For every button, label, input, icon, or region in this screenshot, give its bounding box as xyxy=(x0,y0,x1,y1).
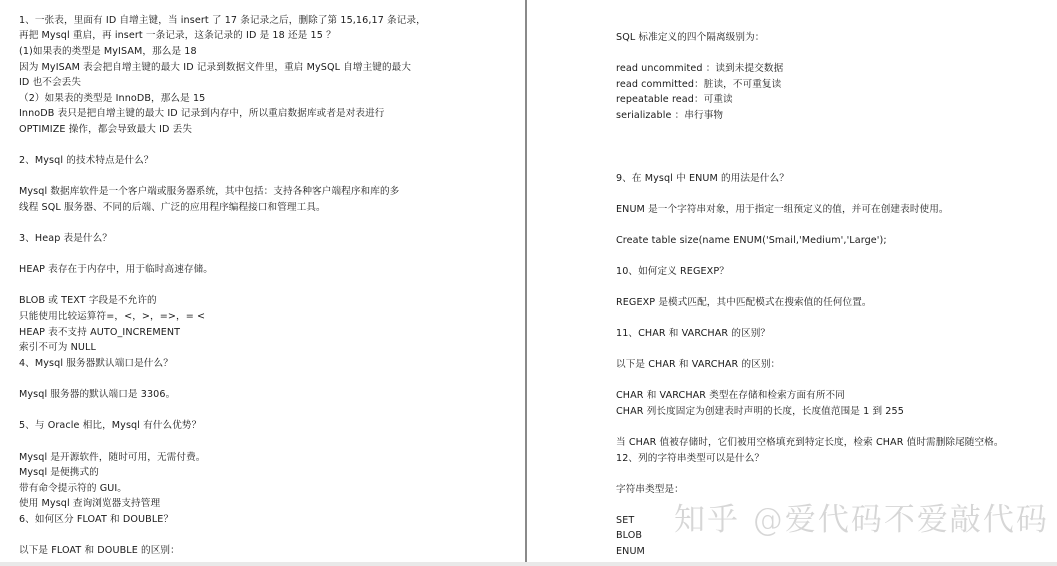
text-line: ENUM xyxy=(616,546,645,558)
text-line: Create table size(name ENUM('Smail,'Medi… xyxy=(616,235,887,247)
text-line: 2、Mysql 的技术特点是什么？ xyxy=(19,155,154,167)
page-divider xyxy=(525,0,527,562)
document-page-right: SQL 标准定义的四个隔离级别为：read uncommited ：读到未提交数… xyxy=(528,0,1057,562)
text-line: 使用 Mysql 查询浏览器支持管理 xyxy=(19,498,160,510)
text-line: 只能使用比较运算符=，<，>，=>，= < xyxy=(19,311,205,323)
document-page-left: 1、一张表，里面有 ID 自增主键，当 insert 了 17 条记录之后，删除… xyxy=(0,0,525,562)
text-line: HEAP 表存在于内存中，用于临时高速存储。 xyxy=(19,264,213,276)
text-line: 3、Heap 表是什么？ xyxy=(19,233,112,245)
text-line: （2）如果表的类型是 InnoDB，那么是 15 xyxy=(19,93,205,105)
text-line: read committed：脏读，不可重复读 xyxy=(616,79,781,91)
text-line: BLOB xyxy=(616,530,642,542)
text-line: Mysql 服务器的默认端口是 3306。 xyxy=(19,389,175,401)
text-line: repeatable read：可重读 xyxy=(616,94,733,106)
text-line: 1、一张表，里面有 ID 自增主键，当 insert 了 17 条记录之后，删除… xyxy=(19,15,426,27)
text-line: CHAR 列长度固定为创建表时声明的长度，长度值范围是 1 到 255 xyxy=(616,406,904,418)
text-line: 11、CHAR 和 VARCHAR 的区别？ xyxy=(616,328,770,340)
text-line: REGEXP 是模式匹配，其中匹配模式在搜索值的任何位置。 xyxy=(616,297,872,309)
text-line: 再把 Mysql 重启，再 insert 一条记录，这条记录的 ID 是 18 … xyxy=(19,30,336,42)
text-line: 带有命令提示符的 GUI。 xyxy=(19,483,127,495)
text-line: SET xyxy=(616,515,634,527)
text-line: read uncommited ：读到未提交数据 xyxy=(616,63,783,75)
text-line: 5、与 Oracle 相比，Mysql 有什么优势？ xyxy=(19,420,201,432)
text-line: 字符串类型是： xyxy=(616,484,684,496)
text-line: 索引不可为 NULL xyxy=(19,342,96,354)
text-line: 线程 SQL 服务器、不同的后端、广泛的应用程序编程接口和管理工具。 xyxy=(19,202,326,214)
text-line: 9、在 Mysql 中 ENUM 的用法是什么？ xyxy=(616,173,789,185)
text-line: CHAR 和 VARCHAR 类型在存储和检索方面有所不同 xyxy=(616,390,845,402)
text-line: Mysql 是便携式的 xyxy=(19,467,99,479)
text-line: HEAP 表不支持 AUTO_INCREMENT xyxy=(19,327,180,339)
text-line: 12、列的字符串类型可以是什么？ xyxy=(616,453,764,465)
text-line: 6、如何区分 FLOAT 和 DOUBLE？ xyxy=(19,514,173,526)
text-line: 当 CHAR 值被存储时，它们被用空格填充到特定长度，检索 CHAR 值时需删除… xyxy=(616,437,1004,449)
text-line: serializable ：串行事物 xyxy=(616,110,723,122)
text-line: (1)如果表的类型是 MyISAM，那么是 18 xyxy=(19,46,197,58)
text-line: ENUM 是一个字符串对象，用于指定一组预定义的值，并可在创建表时使用。 xyxy=(616,204,949,216)
text-line: 以下是 FLOAT 和 DOUBLE 的区别： xyxy=(19,545,180,557)
text-line: 因为 MyISAM 表会把自增主键的最大 ID 记录到数据文件里，重启 MySQ… xyxy=(19,62,411,74)
text-line: OPTIMIZE 操作，都会导致最大 ID 丢失 xyxy=(19,124,192,136)
bottom-edge xyxy=(0,562,1057,566)
text-line: InnoDB 表只是把自增主键的最大 ID 记录到内存中，所以重启数据库或者是对… xyxy=(19,108,385,120)
text-line: 以下是 CHAR 和 VARCHAR 的区别： xyxy=(616,359,780,371)
text-line: Mysql 数据库软件是一个客户端或服务器系统，其中包括：支持各种客户端程序和库… xyxy=(19,186,399,198)
text-line: 4、Mysql 服务器默认端口是什么？ xyxy=(19,358,173,370)
text-line: ID 也不会丢失 xyxy=(19,77,81,89)
watermark-text: 知乎 @爱代码不爱敲代码 xyxy=(674,500,1049,540)
text-line: BLOB 或 TEXT 字段是不允许的 xyxy=(19,295,157,307)
text-line: 10、如何定义 REGEXP？ xyxy=(616,266,729,278)
text-line: Mysql 是开源软件，随时可用，无需付费。 xyxy=(19,452,205,464)
text-line: SQL 标准定义的四个隔离级别为： xyxy=(616,32,764,44)
